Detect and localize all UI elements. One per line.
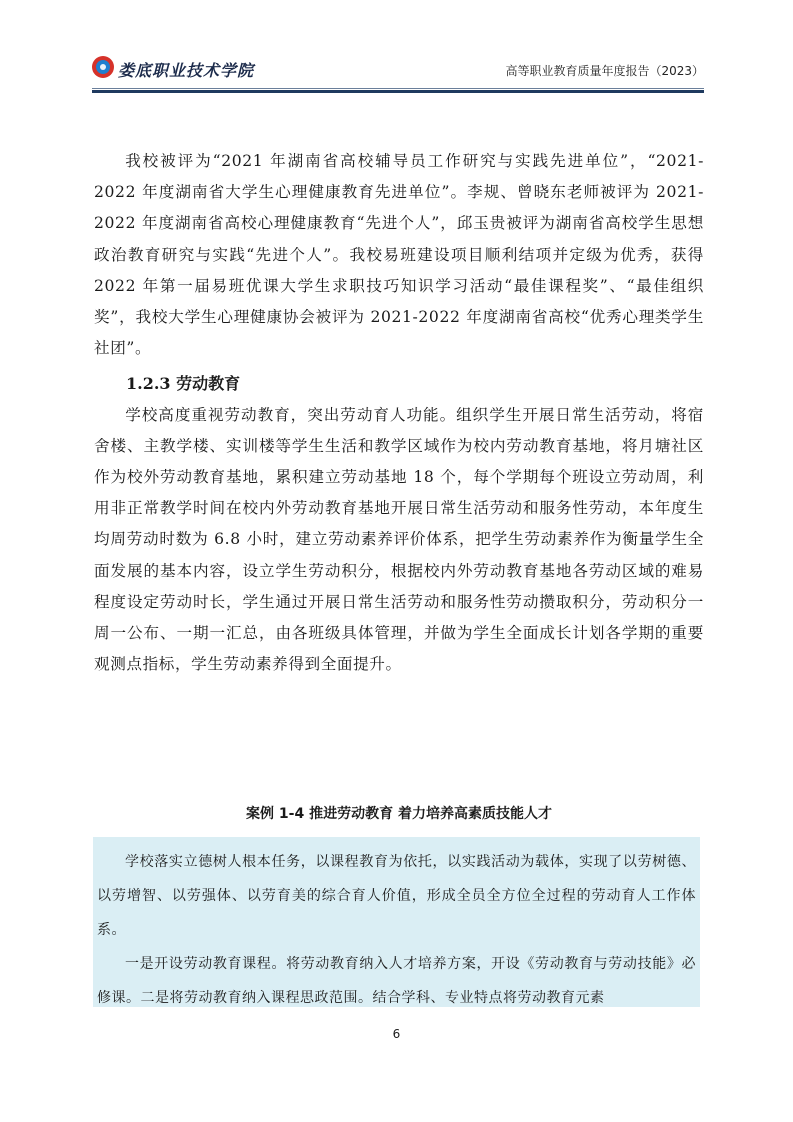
- paragraph-awards: 我校被评为“2021 年湖南省高校辅导员工作研究与实践先进单位”，“2021-2…: [94, 146, 704, 364]
- header-rule-thin: [92, 88, 704, 89]
- section-heading: 1.2.3 劳动教育: [94, 368, 704, 399]
- case-paragraph-2: 一是开设劳动教育课程。将劳动教育纳入人才培养方案，开设《劳动教育与劳动技能》必修…: [93, 947, 700, 1015]
- report-title: 高等职业教育质量年度报告（2023）: [505, 62, 704, 79]
- header-rule-thick: [92, 90, 704, 93]
- case-paragraph-1: 学校落实立德树人根本任务，以课程教育为依托，以实践活动为载体，实现了以劳树德、以…: [93, 845, 700, 947]
- school-emblem-icon: [92, 56, 114, 78]
- main-content: 我校被评为“2021 年湖南省高校辅导员工作研究与实践先进单位”，“2021-2…: [94, 146, 704, 680]
- emblem-ring: [96, 60, 110, 74]
- case-box: 学校落实立德树人根本任务，以课程教育为依托，以实践活动为载体，实现了以劳树德、以…: [93, 837, 700, 1007]
- emblem-core: [100, 64, 106, 70]
- school-name: 娄底职业技术学院: [118, 58, 254, 81]
- paragraph-labor-education: 学校高度重视劳动教育，突出劳动育人功能。组织学生开展日常生活劳动，将宿舍楼、主教…: [94, 400, 704, 681]
- case-title: 案例 1-4 推进劳动教育 着力培养高素质技能人才: [94, 803, 704, 823]
- page-header: 娄底职业技术学院 高等职业教育质量年度报告（2023）: [92, 54, 704, 86]
- page-number: 6: [0, 1027, 793, 1041]
